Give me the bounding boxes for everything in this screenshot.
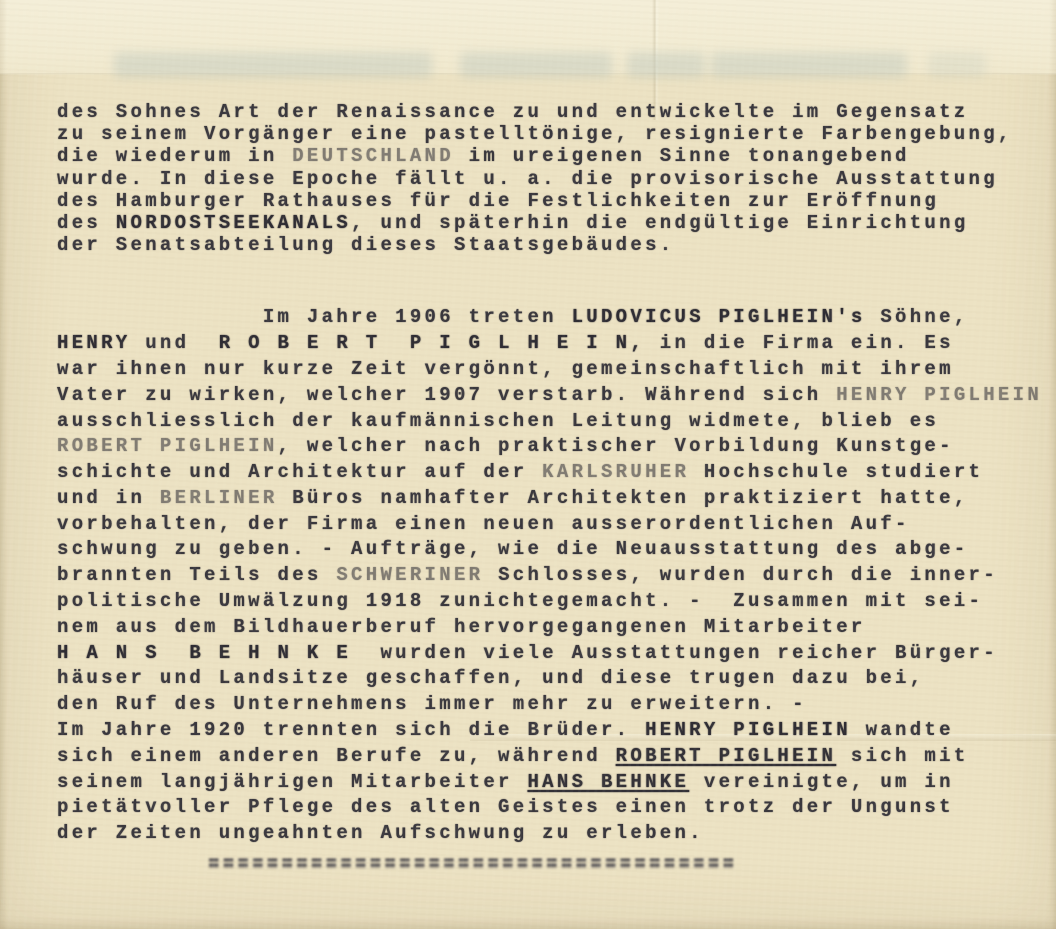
text-run: nem aus dem Bildhauerberuf hervorgegange… bbox=[57, 616, 866, 638]
underlined-name: HANS BEHNKE bbox=[527, 771, 689, 793]
text-run: sich mit bbox=[836, 745, 968, 767]
text-run: wandte bbox=[851, 719, 954, 741]
underlined-name: ROBERT PIGLHEIN bbox=[616, 745, 837, 767]
text-run: Büros namhafter Architekten praktiziert … bbox=[278, 487, 969, 509]
text-run: Vater zu wirken, welcher 1907 verstarb. … bbox=[57, 384, 836, 406]
text-line: zu seinem Vorgänger eine pastelltönige, … bbox=[57, 123, 1056, 145]
text-line: ROBERT PIGLHEIN, welcher nach praktische… bbox=[57, 434, 1056, 460]
ghost-heading-smudge bbox=[928, 52, 986, 78]
text-line: seinem langjährigen Mitarbeiter HANS BEH… bbox=[57, 770, 1056, 796]
emphasized-name: NORDOSTSEEKANALS bbox=[116, 212, 351, 234]
text-run: und bbox=[131, 332, 219, 354]
text-line: nem aus dem Bildhauerberuf hervorgegange… bbox=[57, 615, 1056, 641]
text-run: zu seinem Vorgänger eine pastelltönige, … bbox=[57, 123, 1013, 145]
emphasized-name: BERLINER bbox=[160, 487, 278, 509]
text-line: brannten Teils des SCHWERINER Schlosses,… bbox=[57, 563, 1056, 589]
text-line: war ihnen nur kurze Zeit vergönnt, gemei… bbox=[57, 357, 1056, 383]
text-run: und in bbox=[57, 487, 160, 509]
text-line: des Hamburger Rathauses für die Festlich… bbox=[57, 190, 1056, 212]
ghost-heading-smudge bbox=[114, 52, 432, 78]
emphasized-name: ROBERT PIGLHEIN bbox=[57, 435, 278, 457]
text-line: Im Jahre 1920 trennten sich die Brüder. … bbox=[57, 718, 1056, 744]
text-run: schichte und Architektur auf der bbox=[57, 461, 542, 483]
text-line: pietätvoller Pflege des alten Geistes ei… bbox=[57, 795, 1056, 821]
text-line: politische Umwälzung 1918 zunichtegemach… bbox=[57, 589, 1056, 615]
text-run: den Ruf des Unternehmens immer mehr zu e… bbox=[57, 693, 807, 715]
text-run: wurden viele Ausstattungen reicher Bürge… bbox=[351, 642, 998, 664]
text-run: der Zeiten ungeahnten Aufschwung zu erle… bbox=[57, 822, 704, 844]
text-run: des Sohnes Art der Renaissance zu und en… bbox=[57, 101, 969, 123]
text-line: H A N S B E H N K E wurden viele Ausstat… bbox=[57, 641, 1056, 667]
text-run: im ureigenen Sinne tonangebend bbox=[454, 145, 910, 167]
text-line: der Senatsabteilung dieses Staatsgebäude… bbox=[57, 234, 1056, 256]
text-line: schwung zu geben. - Aufträge, wie die Ne… bbox=[57, 537, 1056, 563]
text-run: des Hamburger Rathauses für die Festlich… bbox=[57, 190, 939, 212]
text-run: war ihnen nur kurze Zeit vergönnt, gemei… bbox=[57, 358, 954, 380]
text-run: die wiederum in bbox=[57, 145, 292, 167]
text-run: schwung zu geben. - Aufträge, wie die Ne… bbox=[57, 538, 969, 560]
typed-divider-line: ==================================== bbox=[208, 853, 737, 875]
emphasized-name: LUDOVICUS PIGLHEIN's bbox=[572, 306, 866, 328]
text-run: ausschliesslich der kaufmännischen Leitu… bbox=[57, 410, 939, 432]
text-run: häuser und Landsitze geschaffen, und die… bbox=[57, 667, 924, 689]
text-run: sich einem anderen Berufe zu, während bbox=[57, 745, 616, 767]
paper-edge-shadow-left bbox=[0, 0, 7, 929]
scanned-document-page: des Sohnes Art der Renaissance zu und en… bbox=[0, 0, 1056, 929]
paragraph-2: Im Jahre 1906 treten LUDOVICUS PIGLHEIN'… bbox=[57, 305, 1056, 847]
emphasized-name: HENRY bbox=[57, 332, 131, 354]
text-line: Im Jahre 1906 treten LUDOVICUS PIGLHEIN'… bbox=[57, 305, 1056, 331]
ghost-heading-smudge bbox=[711, 52, 907, 78]
emphasized-name: R O B E R T P I G L H E I N, bbox=[219, 332, 645, 354]
text-line: die wiederum in DEUTSCHLAND im ureigenen… bbox=[57, 145, 1056, 167]
text-line: ausschliesslich der kaufmännischen Leitu… bbox=[57, 409, 1056, 435]
paragraph-1: des Sohnes Art der Renaissance zu und en… bbox=[57, 101, 1056, 256]
text-run: in die Firma ein. Es bbox=[645, 332, 954, 354]
text-run: , und späterhin die endgültige Einrichtu… bbox=[351, 212, 968, 234]
text-run: politische Umwälzung 1918 zunichtegemach… bbox=[57, 590, 983, 612]
emphasized-name: HENRY PIGLHEIN bbox=[836, 384, 1042, 406]
text-run: Im Jahre 1920 trennten sich die Brüder. bbox=[57, 719, 645, 741]
emphasized-name: SCHWERINER bbox=[336, 564, 483, 586]
ghost-heading-smudge bbox=[627, 52, 705, 78]
text-run: vorbehalten, der Firma einen neuen ausse… bbox=[57, 513, 910, 535]
emphasized-name: H A N S B E H N K E bbox=[57, 642, 351, 664]
text-line: HENRY und R O B E R T P I G L H E I N, i… bbox=[57, 331, 1056, 357]
text-run: , welcher nach praktischer Vorbildung Ku… bbox=[278, 435, 954, 457]
document-body: des Sohnes Art der Renaissance zu und en… bbox=[57, 101, 1056, 847]
text-run: Schlosses, wurden durch die inner- bbox=[483, 564, 998, 586]
text-line: schichte und Architektur auf der KARLSRU… bbox=[57, 460, 1056, 486]
text-line: den Ruf des Unternehmens immer mehr zu e… bbox=[57, 692, 1056, 718]
text-line: wurde. In diese Epoche fällt u. a. die p… bbox=[57, 168, 1056, 190]
text-line: Vater zu wirken, welcher 1907 verstarb. … bbox=[57, 383, 1056, 409]
paper-edge-shadow-bottom bbox=[0, 917, 1056, 929]
text-run: wurde. In diese Epoche fällt u. a. die p… bbox=[57, 168, 998, 190]
text-line: häuser und Landsitze geschaffen, und die… bbox=[57, 666, 1056, 692]
ghost-heading-smudge bbox=[460, 52, 612, 78]
text-run: Im Jahre 1906 treten bbox=[57, 306, 572, 328]
text-run: der Senatsabteilung dieses Staatsgebäude… bbox=[57, 234, 674, 256]
text-run: pietätvoller Pflege des alten Geistes ei… bbox=[57, 796, 954, 818]
text-run: Söhne, bbox=[866, 306, 969, 328]
text-run: seinem langjährigen Mitarbeiter bbox=[57, 771, 527, 793]
emphasized-name: DEUTSCHLAND bbox=[292, 145, 454, 167]
text-line: der Zeiten ungeahnten Aufschwung zu erle… bbox=[57, 821, 1056, 847]
text-run: des bbox=[57, 212, 116, 234]
text-line: sich einem anderen Berufe zu, während RO… bbox=[57, 744, 1056, 770]
text-run: brannten Teils des bbox=[57, 564, 336, 586]
text-line: des NORDOSTSEEKANALS, und späterhin die … bbox=[57, 212, 1056, 234]
text-line: des Sohnes Art der Renaissance zu und en… bbox=[57, 101, 1056, 123]
emphasized-name: KARLSRUHER bbox=[542, 461, 689, 483]
emphasized-name: HENRY PIGLHEIN bbox=[645, 719, 851, 741]
text-line: vorbehalten, der Firma einen neuen ausse… bbox=[57, 512, 1056, 538]
text-run: vereinigte, um in bbox=[689, 771, 954, 793]
text-run: Hochschule studiert bbox=[689, 461, 983, 483]
text-line: und in BERLINER Büros namhafter Architek… bbox=[57, 486, 1056, 512]
